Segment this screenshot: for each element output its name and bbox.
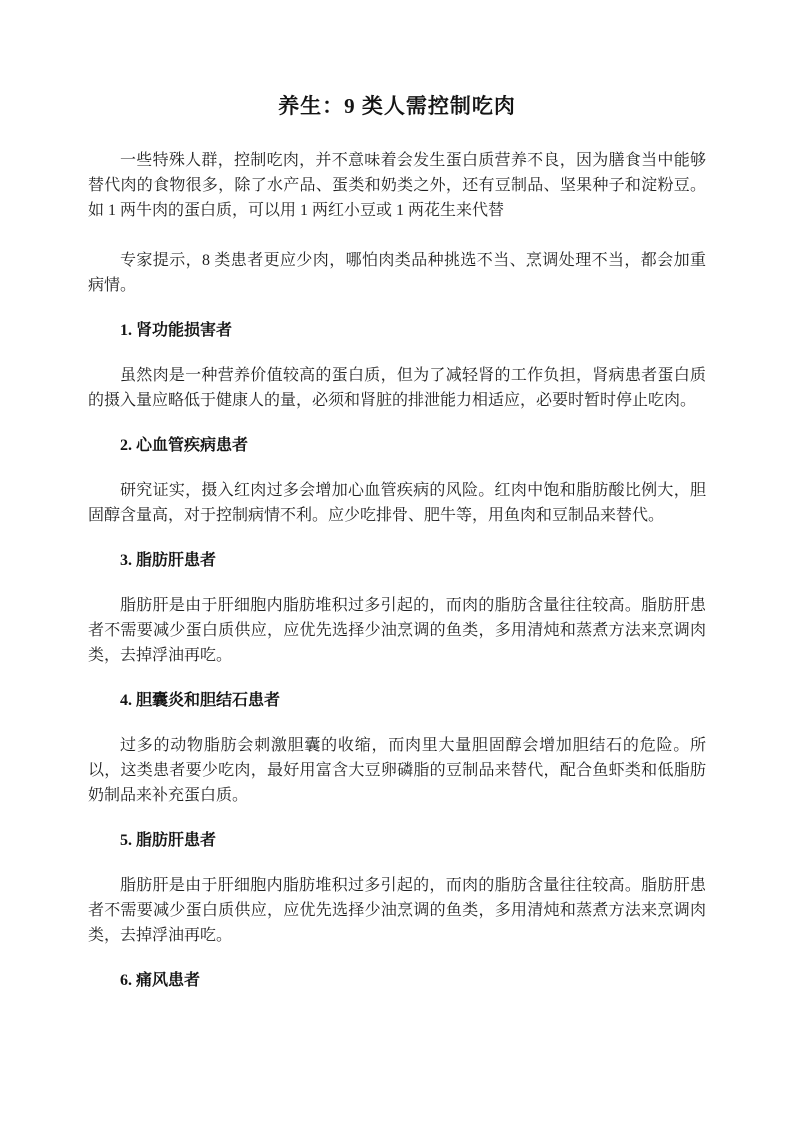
intro-paragraph-2: 专家提示，8 类患者更应少肉，哪怕肉类品种挑选不当、烹调处理不当，都会加重病情。 <box>88 248 706 298</box>
section-1-heading: 1. 肾功能损害者 <box>88 318 706 343</box>
section-2-heading: 2. 心血管疾病患者 <box>88 433 706 458</box>
section-3-body: 脂肪肝是由于肝细胞内脂肪堆积过多引起的，而肉的脂肪含量往往较高。脂肪肝患者不需要… <box>88 593 706 668</box>
section-5-body: 脂肪肝是由于肝细胞内脂肪堆积过多引起的，而肉的脂肪含量往往较高。脂肪肝患者不需要… <box>88 873 706 948</box>
section-4-body: 过多的动物脂肪会刺激胆囊的收缩，而肉里大量胆固醇会增加胆结石的危险。所以，这类患… <box>88 733 706 808</box>
section-5-heading: 5. 脂肪肝患者 <box>88 828 706 853</box>
document-page: 养生：9 类人需控制吃肉 一些特殊人群，控制吃肉，并不意味着会发生蛋白质营养不良… <box>0 0 793 1122</box>
section-4-heading: 4. 胆囊炎和胆结石患者 <box>88 688 706 713</box>
section-2-body: 研究证实，摄入红肉过多会增加心血管疾病的风险。红肉中饱和脂肪酸比例大，胆固醇含量… <box>88 478 706 528</box>
section-1-body: 虽然肉是一种营养价值较高的蛋白质，但为了减轻肾的工作负担，肾病患者蛋白质的摄入量… <box>88 363 706 413</box>
intro-paragraph-1: 一些特殊人群，控制吃肉，并不意味着会发生蛋白质营养不良，因为膳食当中能够替代肉的… <box>88 148 706 223</box>
section-3-heading: 3. 脂肪肝患者 <box>88 548 706 573</box>
document-title: 养生：9 类人需控制吃肉 <box>88 91 706 121</box>
section-6-heading: 6. 痛风患者 <box>88 968 706 993</box>
